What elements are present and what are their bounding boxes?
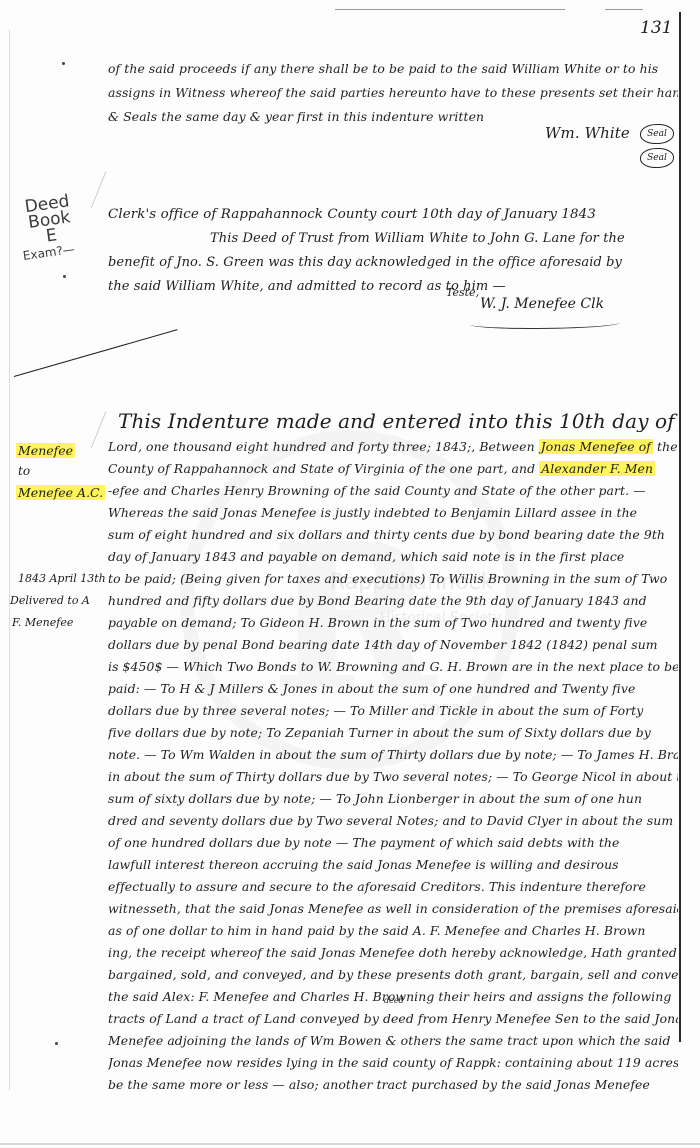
text-line: the said William White, and admitted to … — [108, 276, 678, 298]
text-line: Menefee adjoining the lands of Wm Bowen … — [108, 1030, 678, 1052]
text-line: as of one dollar to him in hand paid by … — [108, 920, 678, 942]
text-line: sum of eight hundred and six dollars and… — [108, 524, 678, 546]
clerk-signature: W. J. Menefee Clk — [480, 296, 604, 312]
text-line: day of January 1843 and payable on deman… — [108, 546, 678, 568]
faint-pen-mark — [91, 411, 107, 448]
text-line: ing, the receipt whereof the said Jonas … — [108, 942, 678, 964]
text-line: in about the sum of Thirty dollars due b… — [108, 766, 678, 788]
signature-flourish — [470, 318, 620, 329]
index-to-name: Menefee A.C. — [16, 485, 105, 500]
highlighted-name: Alexander F. Men — [539, 461, 655, 476]
page-left-edge — [9, 30, 10, 1090]
interlineation: deed — [384, 996, 404, 1005]
pencil-deed-book-note: Deed Book E Exam?— — [24, 193, 77, 263]
top-edge-rule — [335, 9, 565, 10]
delivery-note-line: F. Menefee — [12, 616, 73, 629]
text-line: sum of sixty dollars due by note; — To J… — [108, 788, 678, 810]
text-line: Lord, one thousand eight hundred and for… — [108, 436, 678, 458]
text-segment: Lord, one thousand eight hundred and for… — [108, 439, 539, 454]
text-segment: the — [653, 439, 678, 454]
text-line: Jonas Menefee now resides lying in the s… — [108, 1052, 678, 1074]
text-line: lawfull interest thereon accruing the sa… — [108, 854, 678, 876]
certificate-heading: Clerk's office of Rappahannock County co… — [108, 204, 678, 226]
seal-mark: Seal — [640, 148, 674, 168]
text-line: five dollars due by note; To Zepaniah Tu… — [108, 722, 678, 744]
grantor-signature: Wm. White — [545, 124, 630, 142]
text-line: dollars due by penal Bond bearing date 1… — [108, 634, 678, 656]
top-edge-rule — [605, 9, 643, 10]
text-line: tracts of Land a tract of Land conveyed … — [108, 1008, 678, 1030]
indenture-opening-line: This Indenture made and entered into thi… — [118, 410, 678, 432]
text-line: be the same more or less — also; another… — [108, 1074, 678, 1096]
index-to-word: to — [18, 464, 30, 478]
text-line: to be paid; (Being given for taxes and e… — [108, 568, 678, 590]
highlighted-name: Menefee — [16, 443, 75, 458]
teste-label: Teste, — [446, 286, 479, 299]
seal-mark: Seal — [640, 124, 674, 144]
text-line: dred and seventy dollars due by Two seve… — [108, 810, 678, 832]
text-line: note. — To Wm Walden in about the sum of… — [108, 744, 678, 766]
highlighted-name: Menefee A.C. — [16, 485, 105, 500]
page-right-border — [679, 12, 681, 1042]
section-divider-stroke — [14, 329, 178, 377]
text-line: assigns in Witness whereof the said part… — [108, 82, 678, 104]
text-line: hundred and fifty dollars due by Bond Be… — [108, 590, 678, 612]
ink-speck — [62, 62, 65, 65]
delivery-note-line: Delivered to A — [10, 594, 90, 607]
text-segment: County of Rappahannock and State of Virg… — [108, 461, 539, 476]
pencil-line: Exam?— — [21, 241, 78, 264]
highlighted-name: Jonas Menefee of — [539, 439, 653, 454]
text-line: -efee and Charles Henry Browning of the … — [108, 480, 678, 502]
text-line: paid: — To H & J Millers & Jones in abou… — [108, 678, 678, 700]
text-line: dollars due by three several notes; — To… — [108, 700, 678, 722]
ink-speck — [55, 1042, 58, 1045]
text-line: benefit of Jno. S. Green was this day ac… — [108, 252, 678, 274]
text-line: This Indenture made and entered into thi… — [118, 410, 678, 432]
page-number: 131 — [640, 18, 672, 38]
index-from-name: Menefee — [16, 443, 75, 458]
ink-speck — [63, 275, 66, 278]
faint-pen-mark — [91, 171, 107, 208]
text-line: is $450$ — Which Two Bonds to W. Brownin… — [108, 656, 678, 678]
text-line: County of Rappahannock and State of Virg… — [108, 458, 678, 480]
text-line: effectually to assure and secure to the … — [108, 876, 678, 898]
page-bottom-edge — [0, 1143, 700, 1145]
text-line: Whereas the said Jonas Menefee is justly… — [108, 502, 678, 524]
text-line: This Deed of Trust from William White to… — [210, 228, 678, 250]
text-line: payable on demand; To Gideon H. Brown in… — [108, 612, 678, 634]
text-line: witnesseth, that the said Jonas Menefee … — [108, 898, 678, 920]
delivery-note-line: 1843 April 13th — [18, 572, 106, 585]
deed-book-page: R Rappahannock Historical Society 1962 1… — [0, 0, 700, 1148]
text-line: of the said proceeds if any there shall … — [108, 58, 678, 80]
text-line: of one hundred dollars due by note — The… — [108, 832, 678, 854]
text-line: bargained, sold, and conveyed, and by th… — [108, 964, 678, 986]
